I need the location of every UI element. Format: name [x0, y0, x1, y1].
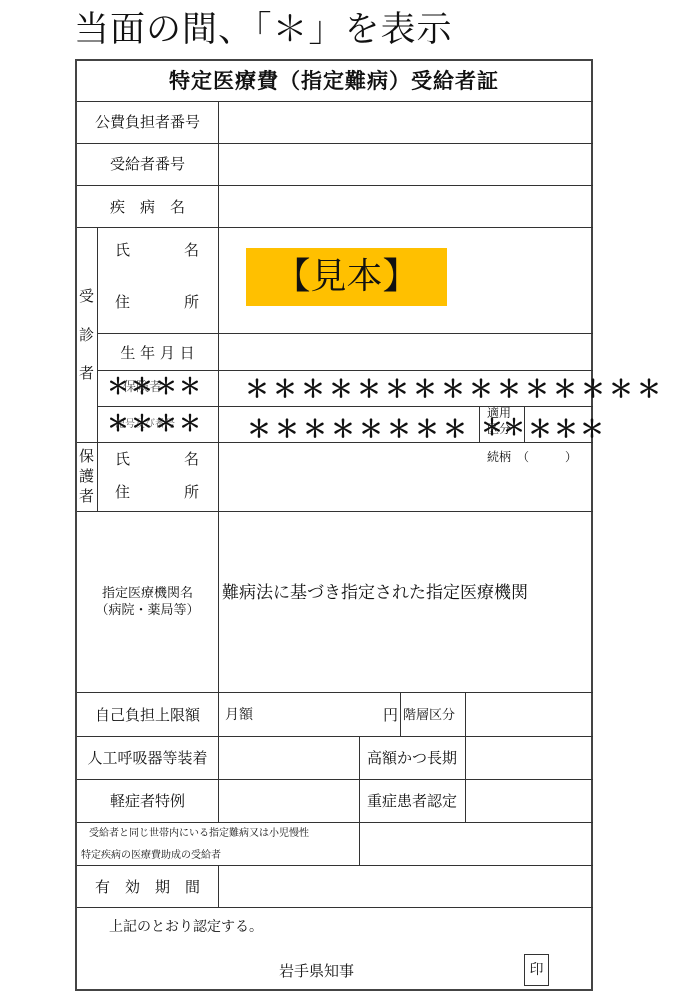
- high-cost-long-term-label: 高額かつ長期: [359, 749, 465, 767]
- recipient-number-label: 受給者番号: [77, 155, 218, 173]
- seal-mark: 印: [524, 954, 549, 986]
- designated-institution-value: 難病法に基づき指定された指定医療機関: [222, 583, 590, 604]
- tier-label: 階層区分: [403, 707, 455, 725]
- applicable-category-value: ＊＊＊: [528, 417, 606, 441]
- guardian-address-label-b: 所: [184, 483, 199, 501]
- monthly-label: 月額: [225, 706, 253, 724]
- divider: [465, 692, 466, 822]
- mild-exception-label: 軽症者特例: [77, 792, 218, 810]
- guardian-group-label-3: 者: [79, 487, 94, 505]
- issuer-label: 岩手県知事: [279, 962, 354, 980]
- divider: [400, 692, 401, 736]
- validity-period-label: 有 効 期 間: [77, 878, 218, 896]
- insurer-value: ＊＊＊＊＊＊＊＊＊＊＊＊＊＊＊: [245, 377, 665, 401]
- divider: [77, 865, 593, 866]
- divider: [77, 907, 593, 908]
- divider: [77, 101, 593, 102]
- insurer-label-mask: ＊＊＊＊: [107, 376, 203, 400]
- divider: [77, 822, 593, 823]
- ventilator-label: 人工呼吸器等装着: [77, 749, 218, 767]
- copay-limit-label: 自己負担上限額: [77, 706, 218, 724]
- birthdate-label: 生 年 月 日: [97, 344, 218, 362]
- patient-group-label-1: 受: [79, 287, 94, 305]
- divider: [77, 185, 593, 186]
- divider: [97, 227, 98, 511]
- applicable-category-mask: ＊＊: [481, 417, 525, 441]
- guardian-name-label-b: 名: [184, 450, 199, 468]
- divider: [77, 779, 593, 780]
- divider: [218, 692, 219, 822]
- patient-group-label-2: 診: [79, 326, 94, 344]
- same-household-label-1: 受給者と同じ世帯内にいる指定難病又は小児慢性: [89, 827, 309, 840]
- same-household-label-2: 特定疾病の医療費助成の受給者: [81, 849, 221, 862]
- divider: [77, 511, 593, 512]
- divider: [218, 101, 219, 692]
- form-title: 特定医療費（指定難病）受給者証: [77, 61, 591, 101]
- divider: [77, 227, 593, 228]
- guardian-group-label-1: 保: [79, 447, 94, 465]
- divider: [479, 406, 480, 442]
- patient-name-label-a: 氏: [115, 241, 130, 259]
- designated-institution-label-1: 指定医療機関名: [77, 585, 218, 603]
- public-payer-number-label: 公費負担者番号: [77, 113, 218, 131]
- divider: [77, 736, 593, 737]
- yen-label: 円: [383, 706, 398, 724]
- designated-institution-label-2: （病院・薬局等）: [77, 602, 218, 620]
- divider: [97, 406, 593, 407]
- divider: [218, 865, 219, 907]
- patient-address-label-b: 所: [184, 293, 199, 311]
- patient-name-label-b: 名: [184, 241, 199, 259]
- divider: [77, 692, 593, 693]
- page-heading: 当面の間、「＊」を表示: [74, 6, 453, 54]
- divider: [97, 370, 593, 371]
- guardian-address-label-a: 住: [115, 483, 130, 501]
- guardian-group-label-2: 護: [79, 467, 94, 485]
- symbol-number-label-mask: ＊＊＊＊: [107, 413, 203, 437]
- disease-name-label: 疾 病 名: [77, 198, 218, 216]
- divider: [77, 143, 593, 144]
- patient-group-label-3: 者: [79, 364, 94, 382]
- recipient-certificate-form: 特定医療費（指定難病）受給者証 公費負担者番号 受給者番号 疾 病 名 受 診 …: [75, 59, 593, 991]
- guardian-relationship-label: 続柄 （ ）: [487, 448, 577, 466]
- guardian-name-label-a: 氏: [115, 450, 130, 468]
- sample-stamp: 【見本】: [246, 248, 447, 306]
- symbol-number-value: ＊＊＊＊＊＊＊＊: [247, 417, 471, 441]
- certification-statement: 上記のとおり認定する。: [109, 918, 263, 936]
- severe-certified-label: 重症患者認定: [359, 792, 465, 810]
- divider: [97, 333, 593, 334]
- patient-address-label-a: 住: [115, 293, 130, 311]
